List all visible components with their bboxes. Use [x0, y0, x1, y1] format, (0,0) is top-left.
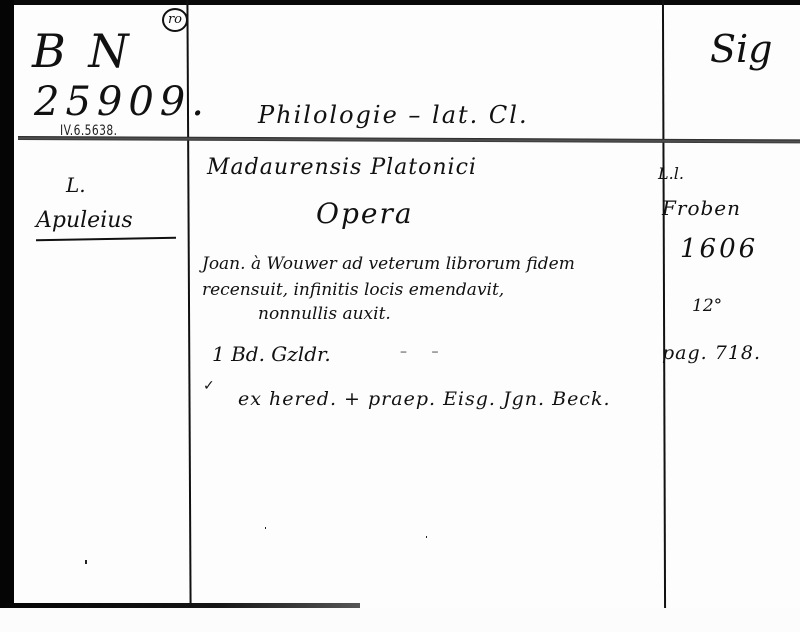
- publication-year: 1606: [680, 236, 758, 262]
- scan-border-bottom: [0, 603, 360, 608]
- catalog-card: B N ro 25909. IV.6.5638. L. Apuleius Phi…: [0, 0, 800, 608]
- subject-heading: Philologie – lat. Cl.: [258, 103, 529, 127]
- check-mark-icon: ✓: [203, 378, 215, 394]
- literature-mark: L.: [66, 175, 86, 195]
- scan-speck: [265, 527, 266, 529]
- title-line-1: Madaurensis Platonici: [207, 157, 477, 179]
- author-name: Apuleius: [36, 210, 133, 232]
- scan-border-left: [0, 0, 14, 608]
- page-count: pag. 718.: [662, 344, 761, 363]
- shelf-mark: IV.6.5638.: [60, 123, 117, 139]
- volume-dashes: – –: [400, 345, 448, 359]
- signature-header: Sig: [710, 30, 773, 68]
- printer-name: Froben: [662, 198, 741, 218]
- provenance-note: ex hered. + praep. Eisg. Jgn. Beck.: [238, 390, 611, 409]
- description-line-1: Joan. à Wouwer ad veterum librorum fidem: [202, 256, 575, 273]
- header-rule: [18, 136, 800, 143]
- header-bn-superscript: ro: [162, 8, 188, 32]
- book-format: 12°: [692, 298, 722, 315]
- catalog-number: 25909.: [34, 82, 210, 122]
- place-abbrev: L.l.: [658, 166, 684, 182]
- scan-speck: [85, 560, 87, 564]
- header-bn-label: B N: [32, 28, 133, 74]
- description-line-2: recensuit, infinitis locis emendavit,: [202, 282, 504, 299]
- column-divider-right: [662, 0, 666, 608]
- description-line-3: nonnullis auxit.: [258, 306, 391, 323]
- author-underline: [36, 237, 176, 241]
- scan-border-top: [0, 0, 800, 5]
- volume-note: 1 Bd. Gzldr.: [212, 344, 331, 364]
- scan-speck: [426, 536, 427, 538]
- title-line-2: Opera: [316, 200, 414, 228]
